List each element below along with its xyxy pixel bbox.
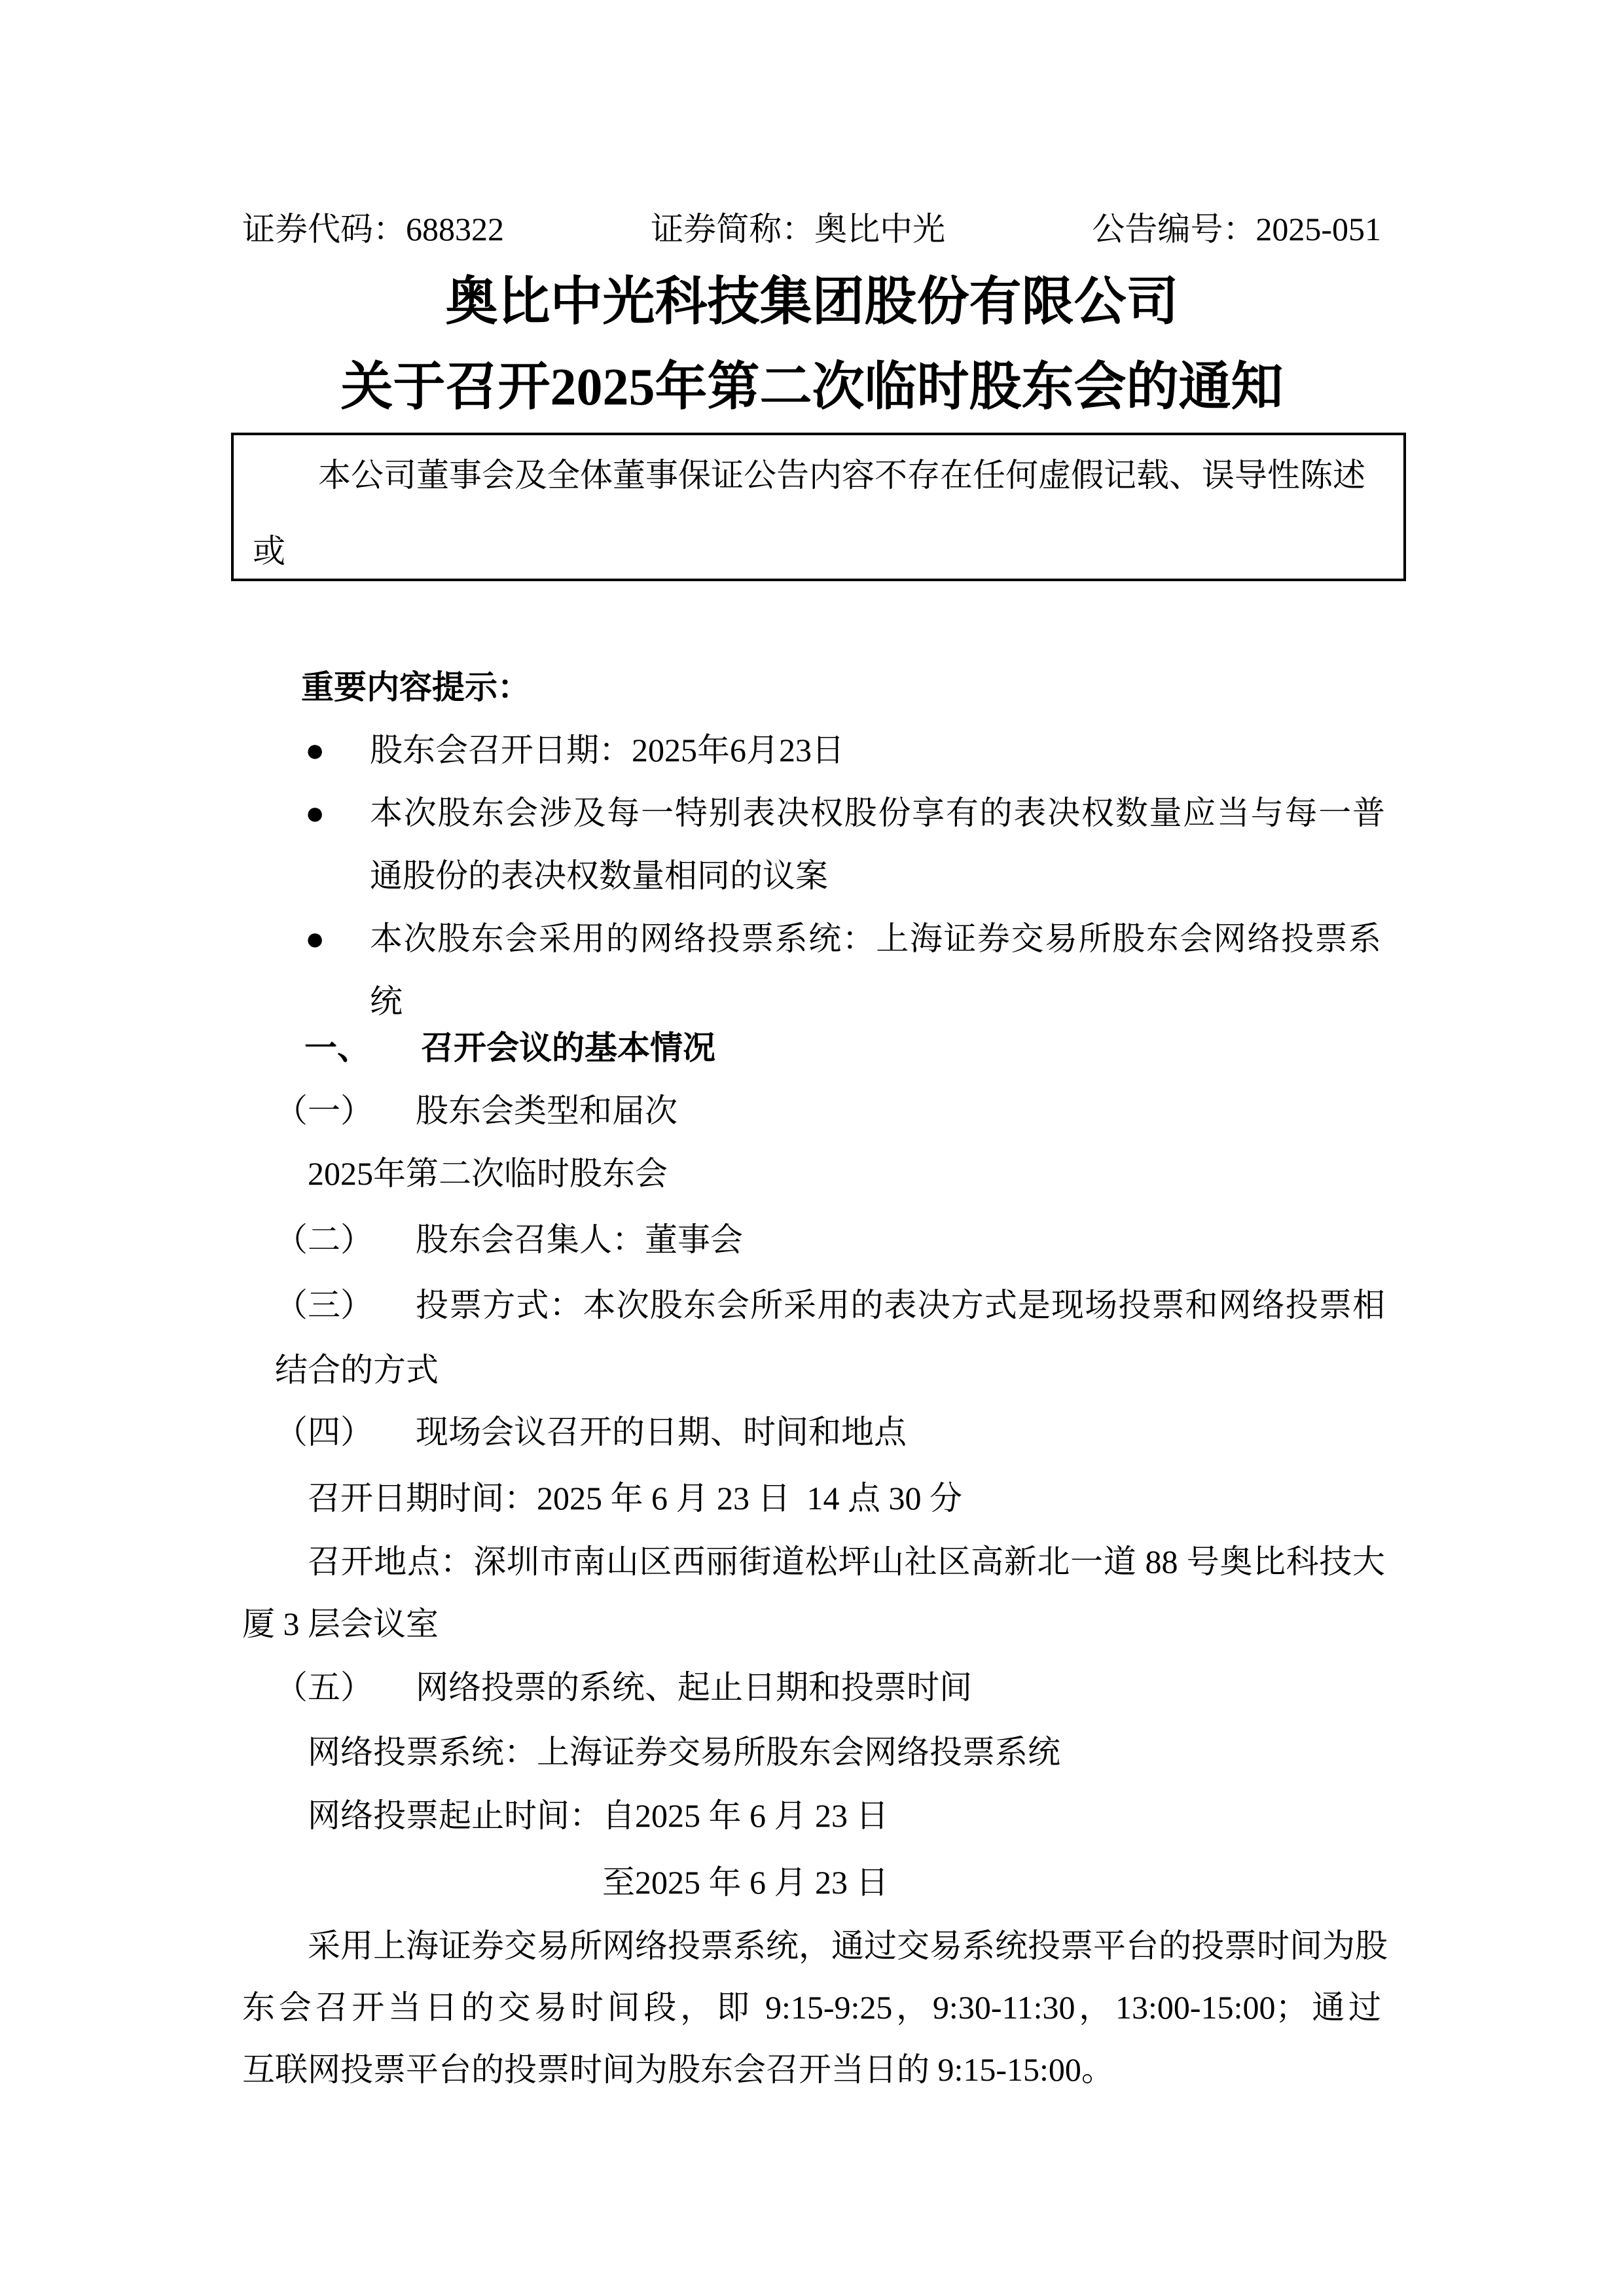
online-voting-system: 网络投票系统：上海证券交易所股东会网络投票系统 [308, 1721, 1060, 1784]
item-2-row: （二）股东会召集人：董事会 [275, 1208, 743, 1271]
stock-code: 证券代码：688322 [242, 198, 504, 260]
item-4-row: （四）现场会议召开的日期、时间和地点 [275, 1401, 907, 1463]
disclaimer-line-1: 本公司董事会及全体董事保证公告内容不存在任何虚假记载、误导性陈述或 [253, 437, 1396, 581]
item-2-number: （二） [275, 1208, 416, 1271]
notice-title: 关于召开2025年第二次临时股东会的通知 [0, 345, 1624, 430]
voting-note-line-2: 东会召开当日的交易时间段，即 9:15-9:25，9:30-11:30，13:0… [242, 1976, 1381, 2039]
item-2-title: 股东会召集人：董事会 [416, 1221, 743, 1258]
bullet-icon: ● [305, 719, 370, 781]
item-1-row: （一）股东会类型和届次 [275, 1079, 677, 1142]
item-1-number: （一） [275, 1079, 416, 1142]
section-1-heading: 一、召开会议的基本情况 [304, 1016, 715, 1079]
stock-short-name: 证券简称：奥比中光 [651, 198, 945, 260]
item-1-title: 股东会类型和届次 [416, 1092, 677, 1129]
voting-period-end: 至2025 年 6 月 23 日 [602, 1851, 889, 1914]
voting-note-line-1: 采用上海证券交易所网络投票系统，通过交易系统投票平台的投票时间为股 [242, 1914, 1388, 1977]
document-header: 证券代码：688322 证券简称：奥比中光 公告编号：2025-051 [242, 198, 1381, 260]
meeting-location-line-1: 召开地点：深圳市南山区西丽街道松坪山社区高新北一道 88 号奥比科技大 [242, 1530, 1385, 1593]
voting-period-start: 网络投票起止时间：自2025 年 6 月 23 日 [308, 1784, 889, 1847]
item-3-number: （三） [275, 1274, 373, 1336]
item-5-title: 网络投票的系统、起止日期和投票时间 [416, 1669, 972, 1706]
notice-bullet-2-line-1: 本次股东会涉及每一特别表决权股份享有的表决权数量应当与每一普 [370, 781, 1385, 844]
important-notice-heading: 重要内容提示： [301, 656, 530, 719]
bullet-icon: ● [305, 781, 370, 844]
meeting-datetime: 召开日期时间：2025 年 6 月 23 日 14 点 30 分 [308, 1467, 962, 1530]
notice-bullet-2-line-2: 通股份的表决权数量相同的议案 [370, 844, 828, 907]
section-1-title: 召开会议的基本情况 [421, 1030, 715, 1066]
announcement-number: 公告编号：2025-051 [1092, 198, 1381, 260]
item-5-row: （五）网络投票的系统、起止日期和投票时间 [275, 1656, 972, 1719]
bullet-icon: ● [305, 907, 370, 970]
item-5-number: （五） [275, 1656, 416, 1719]
notice-bullet-1: 股东会召开日期：2025年6月23日 [370, 719, 844, 781]
company-title: 奥比中光科技集团股份有限公司 [0, 260, 1624, 345]
section-1-number: 一、 [304, 1016, 421, 1079]
item-4-number: （四） [275, 1401, 416, 1463]
item-1-content: 2025年第二次临时股东会 [308, 1142, 668, 1205]
item-4-title: 现场会议召开的日期、时间和地点 [416, 1414, 907, 1450]
notice-bullet-3: 本次股东会采用的网络投票系统：上海证券交易所股东会网络投票系统 [370, 907, 1381, 970]
disclaimer-box: 本公司董事会及全体董事保证公告内容不存在任何虚假记载、误导性陈述或 者重大遗漏，… [231, 433, 1406, 581]
voting-note-line-3: 互联网投票平台的投票时间为股东会召开当日的 9:15-15:00。 [242, 2038, 1114, 2101]
announcement-page: 证券代码：688322 证券简称：奥比中光 公告编号：2025-051 奥比中光… [0, 0, 1624, 2296]
item-3-title: 投票方式：本次股东会所采用的表决方式是现场投票和网络投票相 [416, 1274, 1385, 1336]
meeting-location-line-2: 厦 3 层会议室 [242, 1592, 439, 1655]
item-3-continuation: 结合的方式 [275, 1338, 439, 1401]
